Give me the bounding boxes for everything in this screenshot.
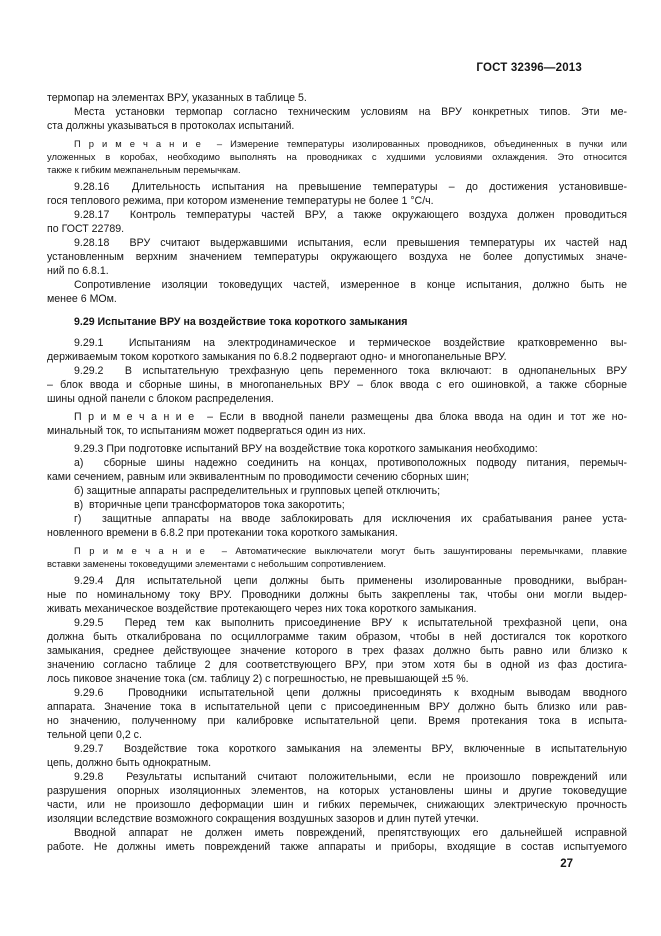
text-line: г) защитные аппараты на вводе заблокиров… bbox=[47, 512, 627, 526]
text-line: П р и м е ч а н и е – Если в вводной пан… bbox=[47, 410, 627, 424]
text-line: 9.29 Испытание ВРУ на воздействие тока к… bbox=[47, 315, 627, 329]
note-paragraph: П р и м е ч а н и е – Измерение температ… bbox=[47, 137, 627, 176]
paragraph: 9.29.7 Воздействие тока короткого замыка… bbox=[47, 742, 627, 770]
text-line: вставки заменены токоведущими элементами… bbox=[47, 557, 627, 570]
paragraph: в) вторичные цепи трансформаторов тока з… bbox=[47, 498, 627, 512]
text-line: цепь, должно быть однократным. bbox=[47, 756, 627, 770]
paragraph: 9.28.17 Контроль температуры частей ВРУ,… bbox=[47, 208, 627, 236]
text-line: должна быть откалибрована по осциллограм… bbox=[47, 630, 627, 644]
standard-number-header: ГОСТ 32396—2013 bbox=[476, 62, 582, 74]
text-line: ные по номинальному току ВРУ. Проводники… bbox=[47, 588, 627, 602]
note-paragraph: П р и м е ч а н и е – Если в вводной пан… bbox=[47, 410, 627, 438]
text-line: 9.29.5 Перед тем как выполнить присоедин… bbox=[47, 616, 627, 630]
document-page: ГОСТ 32396—2013 термопар на элементах ВР… bbox=[0, 0, 661, 936]
paragraph: а) сборные шины надежно соединить на кон… bbox=[47, 456, 627, 484]
text-line: 9.29.8 Результаты испытаний считают поло… bbox=[47, 770, 627, 784]
text-line: 9.29.6 Проводники испытательной цепи дол… bbox=[47, 686, 627, 700]
text-line: шины одной панели с блоком распределения… bbox=[47, 392, 627, 406]
text-line: значению согласно таблице 2 для соответс… bbox=[47, 658, 627, 672]
text-line: замыкания, среднее действующее значение … bbox=[47, 644, 627, 658]
section-heading: 9.29 Испытание ВРУ на воздействие тока к… bbox=[47, 315, 627, 329]
text-line: лось пиковое значение тока (см. таблицу … bbox=[47, 672, 627, 686]
text-line: 9.28.18 ВРУ считают выдержавшими испытан… bbox=[47, 236, 627, 250]
text-line: 9.29.3 При подготовке испытаний ВРУ на в… bbox=[47, 442, 627, 456]
paragraph: Сопротивление изоляции токоведущих часте… bbox=[47, 278, 627, 306]
text-line: ний по 6.8.1. bbox=[47, 264, 627, 278]
text-line: – блок ввода и сборные шины, в многопане… bbox=[47, 378, 627, 392]
paragraph: г) защитные аппараты на вводе заблокиров… bbox=[47, 512, 627, 540]
text-line: Места установки термопар согласно технич… bbox=[47, 105, 627, 119]
text-line: Сопротивление изоляции токоведущих часте… bbox=[47, 278, 627, 292]
text-line: разрушения опорных изоляционных элементо… bbox=[47, 784, 627, 798]
paragraph: 9.29.5 Перед тем как выполнить присоедин… bbox=[47, 616, 627, 686]
text-line: по ГОСТ 22789. bbox=[47, 222, 627, 236]
text-line: аппарата. Значение тока в испытательной … bbox=[47, 700, 627, 714]
text-line: новленного времени в 6.8.2 при протекани… bbox=[47, 526, 627, 540]
text-line: 9.29.7 Воздействие тока короткого замыка… bbox=[47, 742, 627, 756]
text-line: П р и м е ч а н и е – Автоматические вык… bbox=[47, 544, 627, 557]
paragraph: Места установки термопар согласно технич… bbox=[47, 105, 627, 133]
paragraph: 9.29.8 Результаты испытаний считают поло… bbox=[47, 770, 627, 826]
paragraph: 9.28.16 Длительность испытания на превыш… bbox=[47, 180, 627, 208]
text-line: но значению, полученному при калибровке … bbox=[47, 714, 627, 728]
text-line: ста должны указываться в протоколах испы… bbox=[47, 119, 627, 133]
text-line: 9.29.4 Для испытательной цепи должны быт… bbox=[47, 574, 627, 588]
paragraph: 9.29.3 При подготовке испытаний ВРУ на в… bbox=[47, 442, 627, 456]
paragraph: 9.29.6 Проводники испытательной цепи дол… bbox=[47, 686, 627, 742]
text-line: держиваемым током короткого замыкания по… bbox=[47, 350, 627, 364]
text-line: установленным верхним значением температ… bbox=[47, 250, 627, 264]
text-line: б) защитные аппараты распределительных и… bbox=[47, 484, 627, 498]
text-line: тельной цепи 0,2 с. bbox=[47, 728, 627, 742]
text-line: также к гибким межпанельным перемычкам. bbox=[47, 163, 627, 176]
paragraph: 9.28.18 ВРУ считают выдержавшими испытан… bbox=[47, 236, 627, 278]
text-line: части, или не произошло деформации шин и… bbox=[47, 798, 627, 812]
text-line: а) сборные шины надежно соединить на кон… bbox=[47, 456, 627, 470]
text-line: Вводной аппарат не должен иметь поврежде… bbox=[47, 826, 627, 840]
paragraph: 9.29.4 Для испытательной цепи должны быт… bbox=[47, 574, 627, 616]
page-number: 27 bbox=[560, 858, 573, 870]
paragraph: 9.29.1 Испытаниям на электродинамическое… bbox=[47, 336, 627, 364]
text-line: 9.29.1 Испытаниям на электродинамическое… bbox=[47, 336, 627, 350]
note-paragraph: П р и м е ч а н и е – Автоматические вык… bbox=[47, 544, 627, 570]
text-line: ками сечением, равным или эквивалентным … bbox=[47, 470, 627, 484]
text-line: работе. Не должны иметь повреждений такж… bbox=[47, 840, 627, 854]
text-line: изоляции вследствие возможного сокращени… bbox=[47, 812, 627, 826]
text-line: минальный ток, то испытаниям может подве… bbox=[47, 424, 627, 438]
text-line: 9.28.17 Контроль температуры частей ВРУ,… bbox=[47, 208, 627, 222]
text-line: менее 6 МОм. bbox=[47, 292, 627, 306]
paragraph: 9.29.2 В испытательную трехфазную цепь п… bbox=[47, 364, 627, 406]
text-line: уложенных в коробах, необходимо выполнят… bbox=[47, 150, 627, 163]
text-line: живать механическое воздействие протекаю… bbox=[47, 602, 627, 616]
document-body: термопар на элементах ВРУ, указанных в т… bbox=[47, 91, 627, 854]
text-line: 9.28.16 Длительность испытания на превыш… bbox=[47, 180, 627, 194]
paragraph: б) защитные аппараты распределительных и… bbox=[47, 484, 627, 498]
paragraph: термопар на элементах ВРУ, указанных в т… bbox=[47, 91, 627, 105]
text-line: 9.29.2 В испытательную трехфазную цепь п… bbox=[47, 364, 627, 378]
text-line: термопар на элементах ВРУ, указанных в т… bbox=[47, 91, 627, 105]
text-line: гося теплового режима, при котором измен… bbox=[47, 194, 627, 208]
text-line: в) вторичные цепи трансформаторов тока з… bbox=[47, 498, 627, 512]
text-line: П р и м е ч а н и е – Измерение температ… bbox=[47, 137, 627, 150]
paragraph: Вводной аппарат не должен иметь поврежде… bbox=[47, 826, 627, 854]
